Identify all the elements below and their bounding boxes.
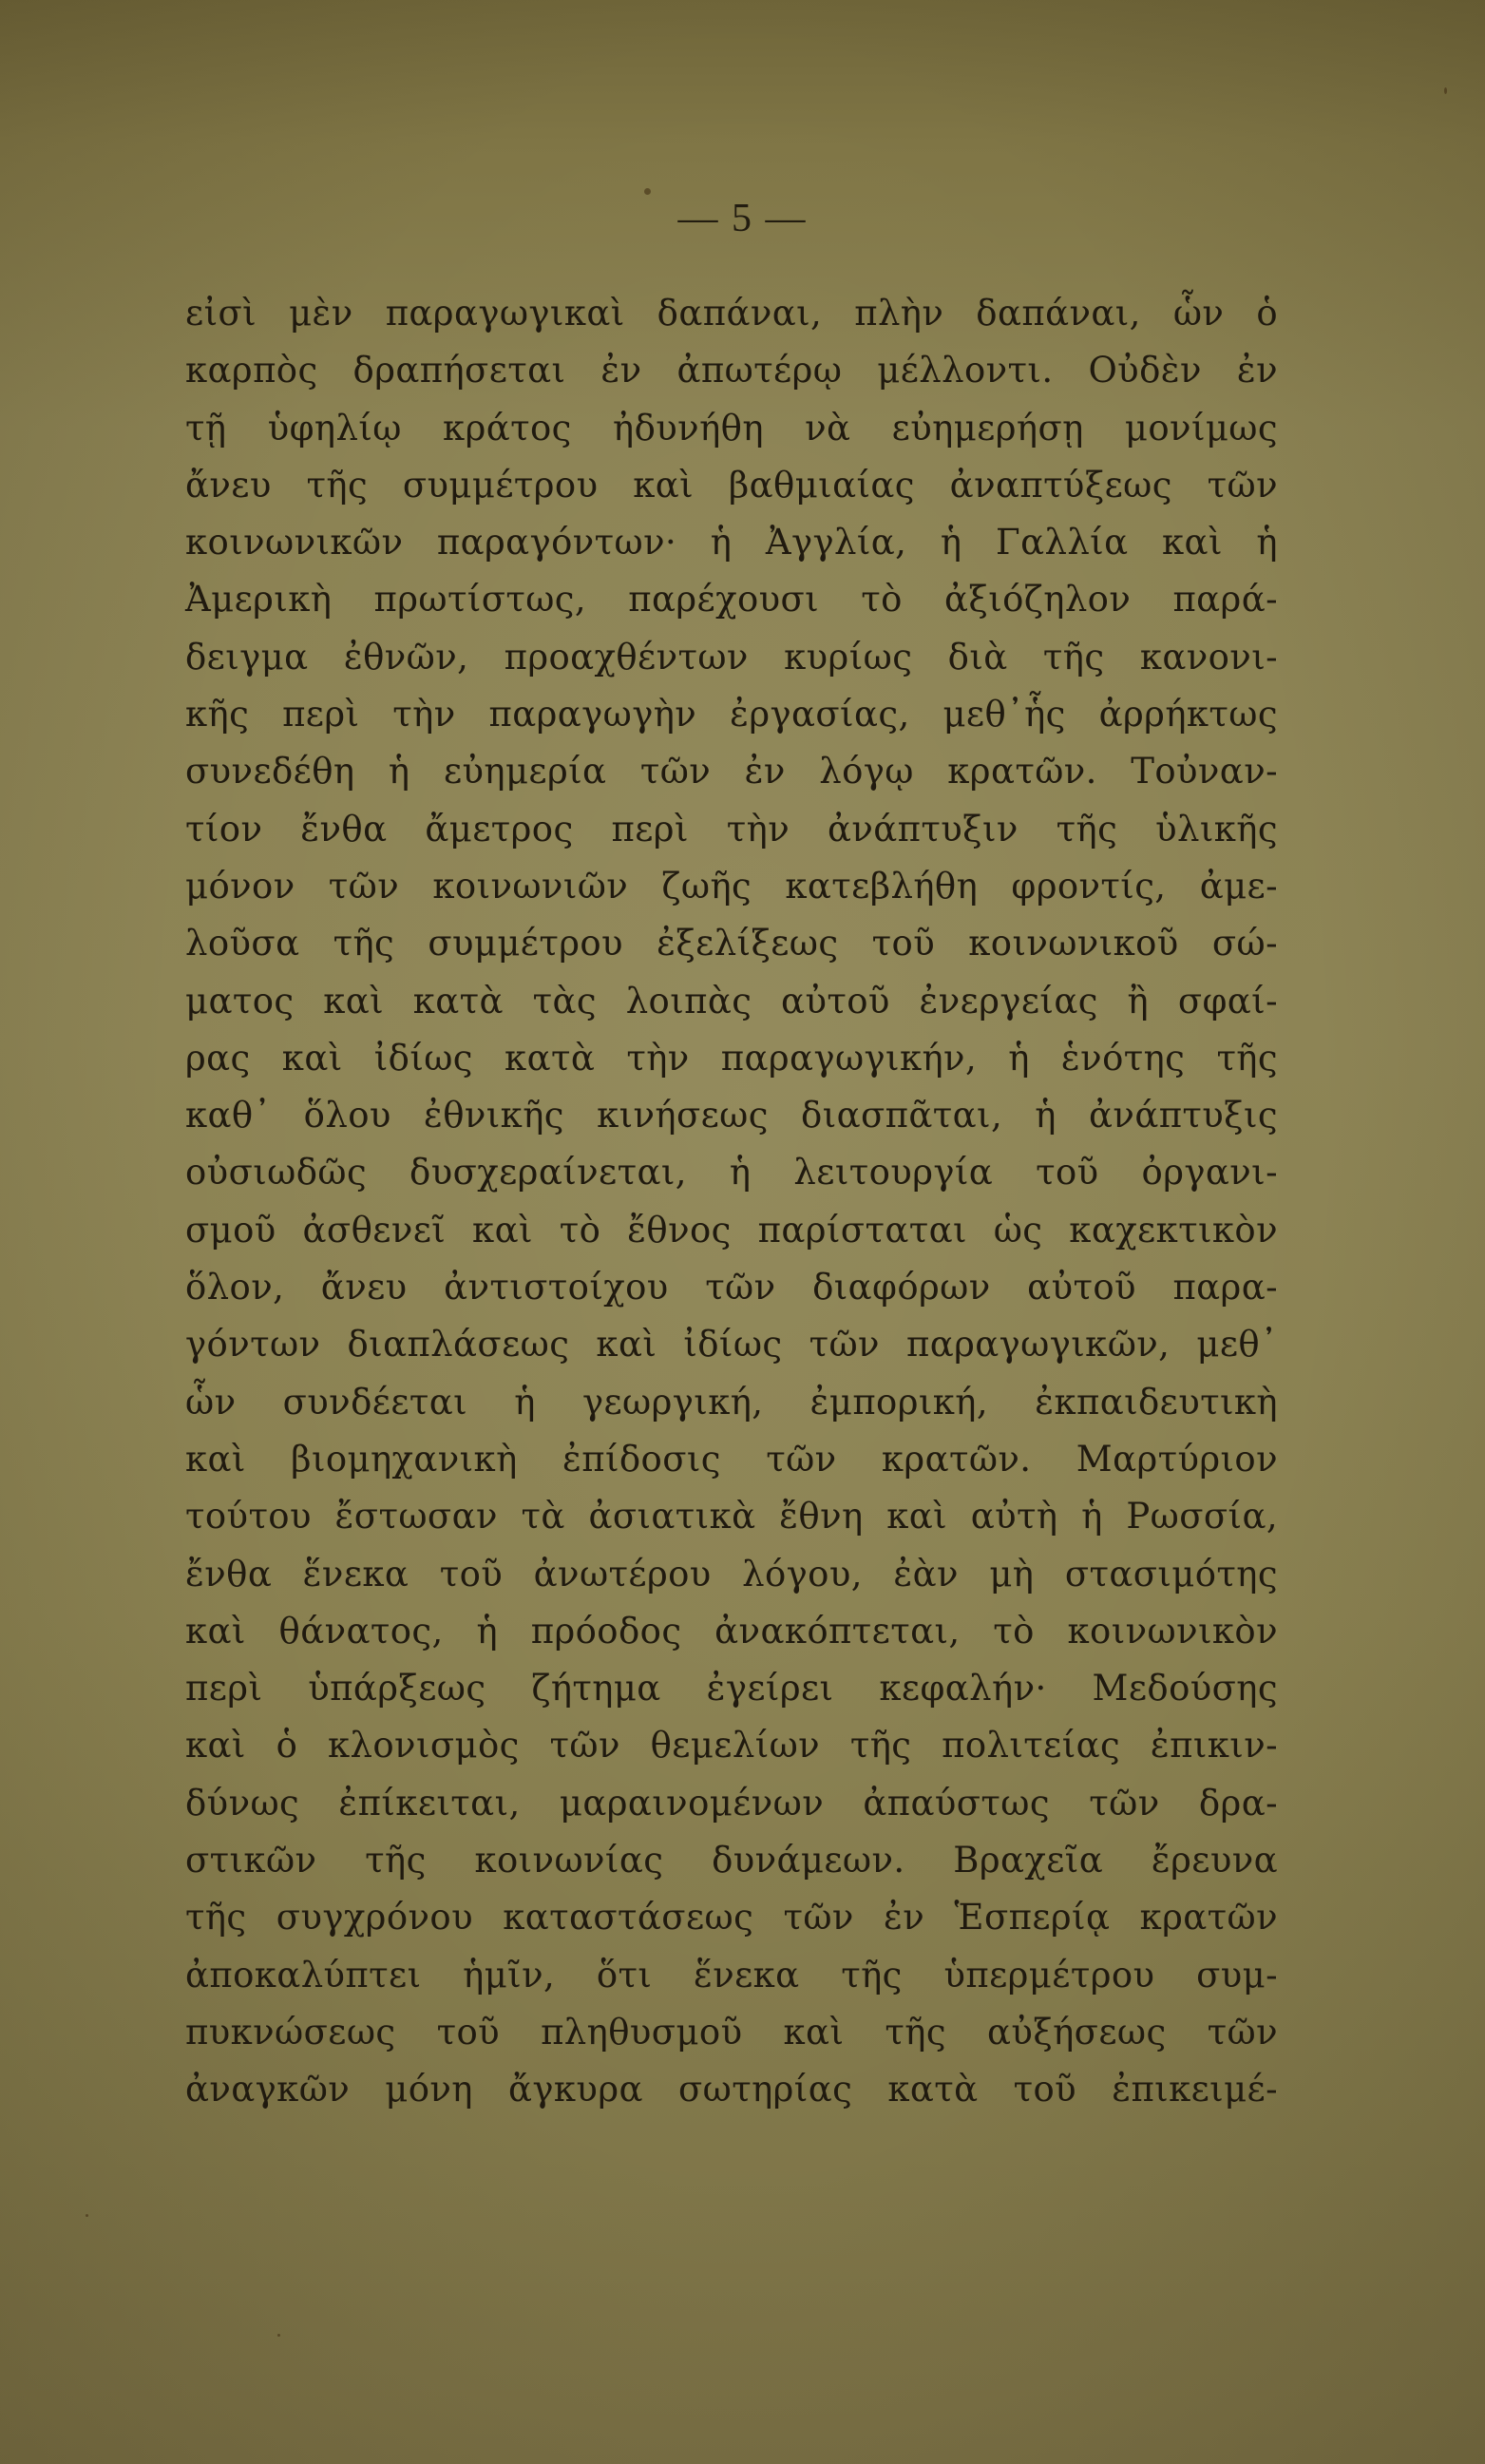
text-line: καθ᾽ ὅλου ἐθνικῆς κινήσεως διασπᾶται, ἡ … <box>185 1087 1278 1144</box>
text-line: στικῶν τῆς κοινωνίας δυνάμεων. Βραχεῖα ἔ… <box>185 1832 1278 1889</box>
text-line: γόντων διαπλάσεως καὶ ἰδίως τῶν παραγωγι… <box>185 1316 1278 1373</box>
text-line: καρπὸς δραπήσεται ἐν ἀπωτέρῳ μέλλοντι. Ο… <box>185 342 1278 399</box>
paper-speck <box>1444 87 1447 94</box>
text-line: συνεδέθη ἡ εὐημερία τῶν ἐν λόγῳ κρατῶν. … <box>185 743 1278 800</box>
paper-speck <box>86 2214 88 2217</box>
text-line: κῆς περὶ τὴν παραγωγὴν ἐργασίας, μεθ᾽ἧς … <box>185 686 1278 743</box>
text-line: τίον ἔνθα ἄμετρος περὶ τὴν ἀνάπτυξιν τῆς… <box>185 801 1278 858</box>
text-line: ὧν συνδέεται ἡ γεωργική, ἐμπορική, ἐκπαι… <box>185 1374 1278 1431</box>
text-line: κοινωνικῶν παραγόντων· ἡ Ἀγγλία, ἡ Γαλλί… <box>185 514 1278 571</box>
body-text: εἰσὶ μὲν παραγωγικαὶ δαπάναι, πλὴν δαπάν… <box>185 285 1278 2119</box>
text-line: καὶ θάνατος, ἡ πρόοδος ἀνακόπτεται, τὸ κ… <box>185 1603 1278 1660</box>
text-line: ματος καὶ κατὰ τὰς λοιπὰς αὐτοῦ ἐνεργεία… <box>185 973 1278 1030</box>
text-line: τούτου ἔστωσαν τὰ ἀσιατικὰ ἔθνη καὶ αὐτὴ… <box>185 1488 1278 1545</box>
text-line: οὐσιωδῶς δυσχεραίνεται, ἡ λειτουργία τοῦ… <box>185 1144 1278 1201</box>
text-line: ἄνευ τῆς συμμέτρου καὶ βαθμιαίας ἀναπτύξ… <box>185 457 1278 514</box>
text-line: ἔνθα ἕνεκα τοῦ ἀνωτέρου λόγου, ἐὰν μὴ στ… <box>185 1546 1278 1603</box>
text-line: περὶ ὑπάρξεως ζήτημα ἐγείρει κεφαλήν· Με… <box>185 1660 1278 1717</box>
text-line: δειγμα ἐθνῶν, προαχθέντων κυρίως διὰ τῆς… <box>185 629 1278 686</box>
text-line: Ἀμερικὴ πρωτίστως, παρέχουσι τὸ ἀξιόζηλο… <box>185 571 1278 628</box>
text-line: μόνον τῶν κοινωνιῶν ζωῆς κατεβλήθη φροντ… <box>185 858 1278 915</box>
text-line: καὶ ὁ κλονισμὸς τῶν θεμελίων τῆς πολιτεί… <box>185 1717 1278 1774</box>
text-line: τῆς συγχρόνου καταστάσεως τῶν ἐν Ἑσπερίᾳ… <box>185 1889 1278 1946</box>
text-line: δύνως ἐπίκειται, μαραινομένων ἀπαύστως τ… <box>185 1775 1278 1832</box>
text-line: καὶ βιομηχανικὴ ἐπίδοσις τῶν κρατῶν. Μαρ… <box>185 1431 1278 1488</box>
text-line: ὅλον, ἄνευ ἀντιστοίχου τῶν διαφόρων αὐτο… <box>185 1259 1278 1316</box>
text-line: πυκνώσεως τοῦ πληθυσμοῦ καὶ τῆς αὐξήσεως… <box>185 2004 1278 2061</box>
text-line: σμοῦ ἀσθενεῖ καὶ τὸ ἔθνος παρίσταται ὡς … <box>185 1202 1278 1259</box>
text-line: ρας καὶ ἰδίως κατὰ τὴν παραγωγικήν, ἡ ἑν… <box>185 1030 1278 1087</box>
page-number: — 5 — <box>0 195 1485 242</box>
text-line: λοῦσα τῆς συμμέτρου ἐξελίξεως τοῦ κοινων… <box>185 915 1278 972</box>
text-line: τῇ ὑφηλίῳ κράτος ἠδυνήθη νὰ εὐημερήσῃ μο… <box>185 400 1278 457</box>
text-line: εἰσὶ μὲν παραγωγικαὶ δαπάναι, πλὴν δαπάν… <box>185 285 1278 342</box>
paper-speck <box>277 2334 280 2337</box>
text-line: ἀναγκῶν μόνη ἄγκυρα σωτηρίας κατὰ τοῦ ἐπ… <box>185 2061 1278 2118</box>
paper-speck <box>644 188 651 195</box>
text-line: ἀποκαλύπτει ἡμῖν, ὅτι ἕνεκα τῆς ὑπερμέτρ… <box>185 1947 1278 2004</box>
